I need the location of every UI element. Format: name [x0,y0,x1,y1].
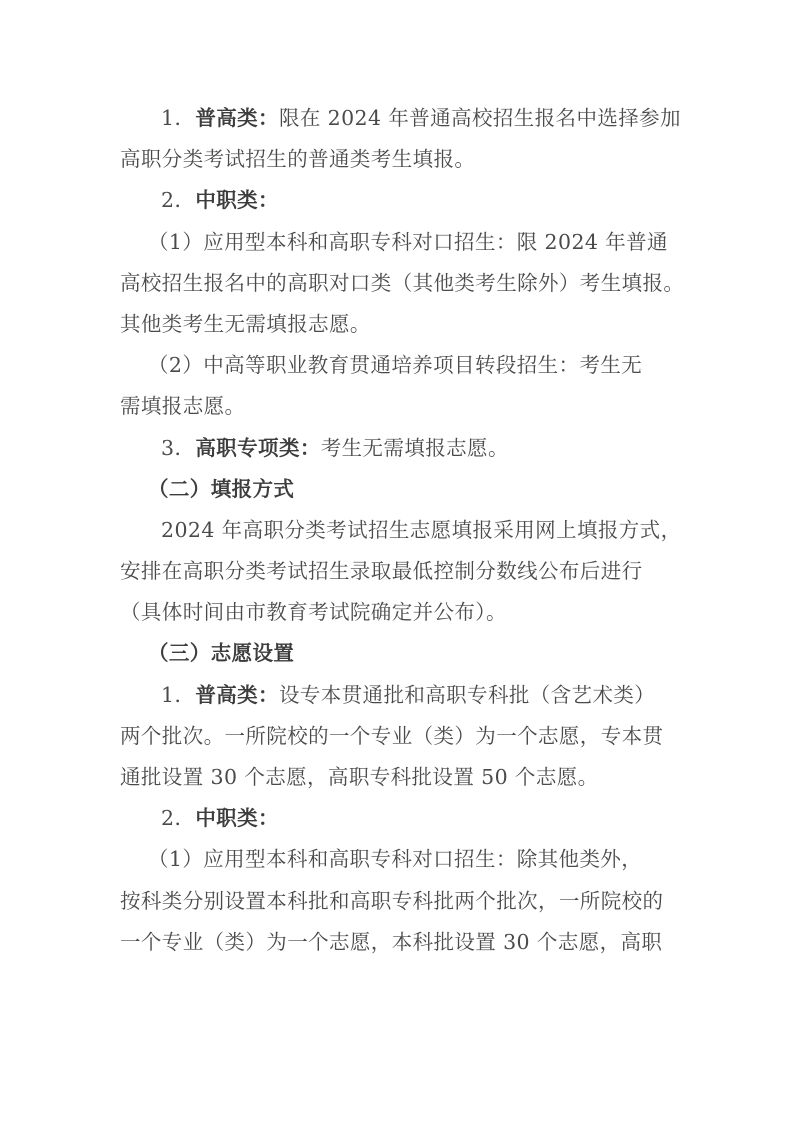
paragraph-line: 高职分类考试招生的普通类考生填报。 [120,139,678,180]
paragraph-text: 设专本贯通批和高职专科批（含艺术类） [279,683,655,707]
document-page: 1．普高类：限在 2024 年普通高校招生报名中选择参加 高职分类考试招生的普通… [120,98,678,963]
item-label: 普高类： [195,106,279,130]
paragraph-line: 安排在高职分类考试招生录取最低控制分数线公布后进行 [120,551,678,592]
item-heading-zhongzhi: 2．中职类： [120,180,678,221]
paragraph-line: 两个批次。一所院校的一个专业（类）为一个志愿，专本贯 [120,716,678,757]
item-heading-zhongzhi: 2．中职类： [120,798,678,839]
item-heading-pugao: 1．普高类：限在 2024 年普通高校招生报名中选择参加 [120,98,678,139]
paragraph-line: 需填报志愿。 [120,386,678,427]
item-label: 中职类： [195,806,279,830]
paragraph-line: 高校招生报名中的高职对口类（其他类考生除外）考生填报。 [120,263,678,304]
item-heading-gaozhi-zhuanxiang: 3．高职专项类：考生无需填报志愿。 [120,428,678,469]
item-label: 中职类： [195,188,279,212]
paragraph-line: （1）应用型本科和高职专科对口招生：除其他类外， [120,839,678,880]
paragraph-line: 一个专业（类）为一个志愿，本科批设置 30 个志愿，高职 [120,922,678,963]
item-heading-pugao: 1．普高类：设专本贯通批和高职专科批（含艺术类） [120,675,678,716]
paragraph-line: 通批设置 30 个志愿，高职专科批设置 50 个志愿。 [120,757,678,798]
paragraph-line: 2024 年高职分类考试招生志愿填报采用网上填报方式， [120,510,678,551]
section-heading-tianbao-fangshi: （二）填报方式 [120,469,678,510]
paragraph-line: 按科类分别设置本科批和高职专科批两个批次，一所院校的 [120,881,678,922]
paragraph-line: （具体时间由市教育考试院确定并公布）。 [120,592,678,633]
paragraph-line: （2）中高等职业教育贯通培养项目转段招生：考生无 [120,345,678,386]
item-label: 普高类： [195,683,279,707]
paragraph-line: （1）应用型本科和高职专科对口招生：限 2024 年普通 [120,222,678,263]
section-heading-zhiyuan-shezhi: （三）志愿设置 [120,633,678,674]
paragraph-line: 其他类考生无需填报志愿。 [120,304,678,345]
paragraph-text: 限在 2024 年普通高校招生报名中选择参加 [279,106,681,130]
item-label: 高职专项类： [195,436,320,460]
paragraph-text: 考生无需填报志愿。 [321,436,509,460]
